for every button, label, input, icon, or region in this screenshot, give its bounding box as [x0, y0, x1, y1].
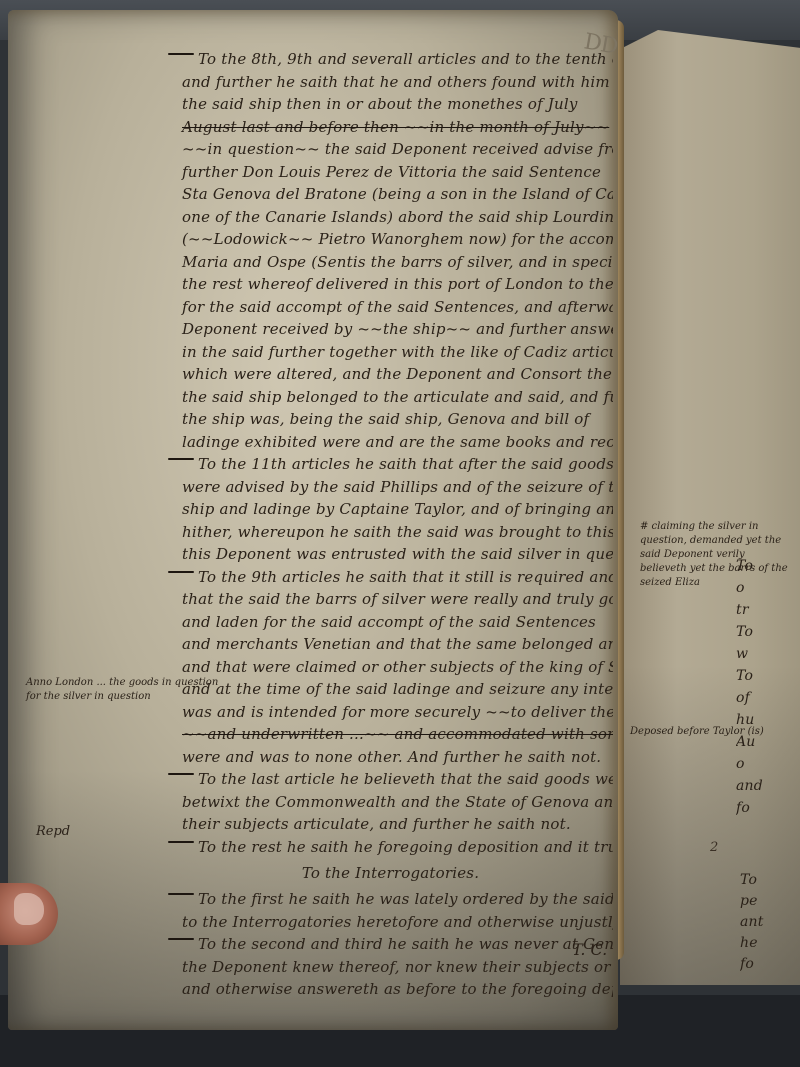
fragment-line: pe [740, 891, 800, 912]
fragment-line: o [736, 753, 800, 775]
text-line: this Deponent was entrusted with the sai… [168, 543, 613, 566]
text-line: which were altered, and the Deponent and… [168, 363, 613, 386]
fragment-line: To [736, 665, 800, 687]
margin-note-line: for the silver in question [26, 690, 218, 704]
right-page-text-fragments: To o tr To w To of hu Au o and fo [736, 555, 800, 819]
fragment-line: he [740, 933, 800, 954]
text-line: in the said further together with the li… [168, 341, 613, 364]
paragraph-flourish-icon [168, 773, 194, 775]
text-line: betwixt the Commonwealth and the State o… [168, 791, 613, 814]
fragment-line: To [736, 621, 800, 643]
text-line: one of the Canarie Islands) abord the sa… [168, 206, 613, 229]
section-heading: To the Interrogatories. [168, 858, 613, 888]
paragraph-flourish-icon [168, 841, 194, 843]
text-line: and otherwise answereth as before to the… [168, 978, 613, 1001]
text-line: that the said the barrs of silver were r… [168, 588, 613, 611]
fragment-line: To [740, 870, 800, 891]
fragment-line: o [736, 577, 800, 599]
text-line-struck: ~~and underwritten ...~~ and accommodate… [168, 723, 613, 746]
fragment-line: w [736, 643, 800, 665]
text-line: ship and ladinge by Captaine Taylor, and… [168, 498, 613, 521]
left-margin-note: Anno London ... the goods in question fo… [26, 676, 218, 704]
text-line: To the first he saith he was lately orde… [168, 888, 613, 911]
text-line: Maria and Ospe (Sentis the barrs of silv… [168, 251, 613, 274]
text-line: Deponent received by ~~the ship~~ and fu… [168, 318, 613, 341]
paragraph-flourish-icon [168, 938, 194, 940]
text-line: hither, whereupon he saith the said was … [168, 521, 613, 544]
fragment-line: hu [736, 709, 800, 731]
text-line: To the 9th articles he saith that it sti… [168, 566, 613, 589]
text-line: To the rest he saith he foregoing deposi… [168, 836, 613, 859]
fragment-line: tr [736, 599, 800, 621]
text-line: and at the time of the said ladinge and … [168, 678, 613, 701]
signature: T. C. [572, 940, 607, 959]
text-line: for the said accompt of the said Sentenc… [168, 296, 613, 319]
text-line: the said ship then in or about the monet… [168, 93, 613, 116]
margin-note-line: Anno London ... the goods in question [26, 676, 218, 690]
text-line: the said ship belonged to the articulate… [168, 386, 613, 409]
text-line: and laden for the said accompt of the sa… [168, 611, 613, 634]
text-line: and further he saith that he and others … [168, 71, 613, 94]
right-page-text-fragments-lower: To pe ant he fo [740, 870, 800, 975]
text-line: further Don Louis Perez de Vittoria the … [168, 161, 613, 184]
fragment-line: Au [736, 731, 800, 753]
main-text-block: To the 8th, 9th and severall articles an… [168, 48, 613, 1001]
text-line: ~~in question~~ the said Deponent receiv… [168, 138, 613, 161]
text-line: ladinge exhibited were and are the same … [168, 431, 613, 454]
text-line: to the Interrogatories heretofore and ot… [168, 911, 613, 934]
text-line: and merchants Venetian and that the same… [168, 633, 613, 656]
page-number: 2 [710, 840, 718, 855]
text-line: were and was to none other. And further … [168, 746, 613, 769]
text-line: Sta Genova del Bratone (being a son in t… [168, 183, 613, 206]
paragraph-flourish-icon [168, 893, 194, 895]
text-line: the ship was, being the said ship, Genov… [168, 408, 613, 431]
text-line: the Deponent knew thereof, nor knew thei… [168, 956, 613, 979]
paragraph-flourish-icon [168, 458, 194, 460]
fragment-line: of [736, 687, 800, 709]
text-line: (~~Lodowick~~ Pietro Wanorghem now) for … [168, 228, 613, 251]
fragment-line: and [736, 775, 800, 797]
fragment-line: ant [740, 912, 800, 933]
fragment-line: fo [740, 954, 800, 975]
text-line-struck: August last and before then ~~in the mon… [168, 116, 613, 139]
thumb-nail [14, 893, 44, 925]
left-margin-annotation: Repd [36, 825, 70, 839]
text-line: To the last article he believeth that th… [168, 768, 613, 791]
text-line: the rest whereof delivered in this port … [168, 273, 613, 296]
paragraph-flourish-icon [168, 571, 194, 573]
text-line: To the 11th articles he saith that after… [168, 453, 613, 476]
text-line: To the 8th, 9th and severall articles an… [168, 48, 613, 71]
paragraph-flourish-icon [168, 53, 194, 55]
fragment-line: To [736, 555, 800, 577]
text-line: and that were claimed or other subjects … [168, 656, 613, 679]
text-line: their subjects articulate, and further h… [168, 813, 613, 836]
text-line: To the second and third he saith he was … [168, 933, 613, 956]
text-line: was and is intended for more securely ~~… [168, 701, 613, 724]
text-line: were advised by the said Phillips and of… [168, 476, 613, 499]
fragment-line: fo [736, 797, 800, 819]
